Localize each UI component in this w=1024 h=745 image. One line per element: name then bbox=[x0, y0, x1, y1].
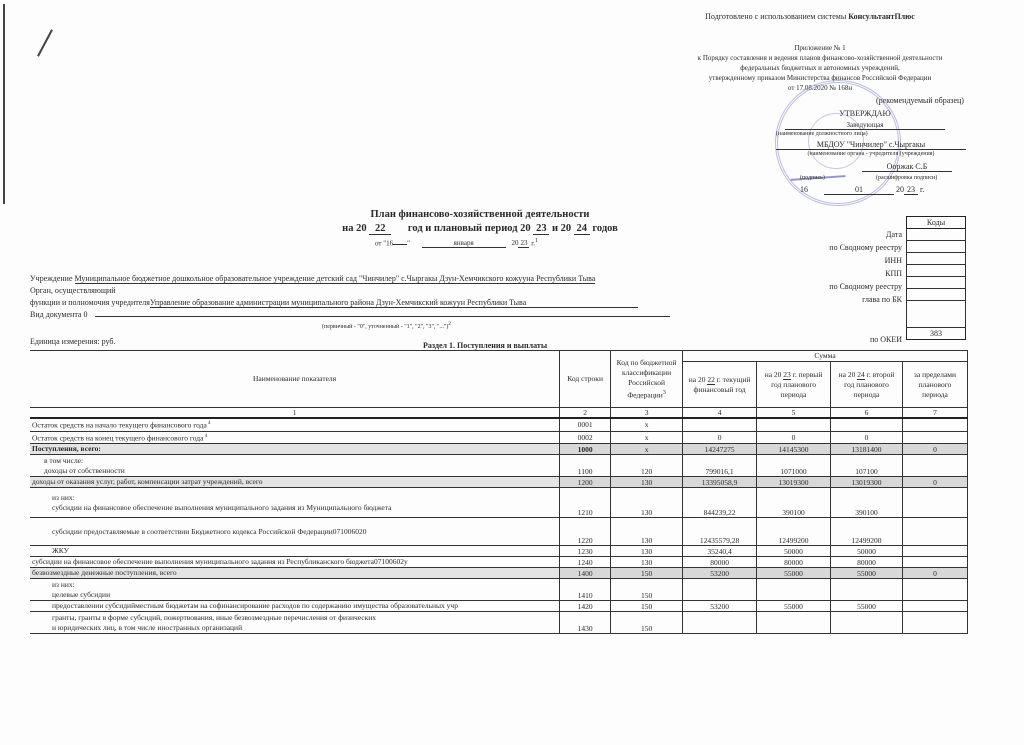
table-row: субсидии предоставляемые в соответствии … bbox=[30, 518, 968, 546]
table-row: из них:субсидии на финансовое обеспечени… bbox=[30, 488, 968, 518]
row-name: Поступления, всего: bbox=[30, 444, 560, 455]
table-row: Поступления, всего:1000x1424727514145300… bbox=[30, 444, 968, 455]
approval-org: МБДОУ "Чинчилер" с.Чыргакы bbox=[776, 140, 966, 150]
section-title: Раздел 1. Поступления и выплаты bbox=[423, 341, 547, 350]
code-chapter-bk bbox=[907, 289, 966, 301]
col-header-row-code: Код строки bbox=[560, 351, 611, 408]
signer-caption: (расшифровка подписи) bbox=[876, 175, 937, 181]
institution-value: Муниципальное бюджетное дошкольное образ… bbox=[75, 274, 596, 284]
budget-code: 120 bbox=[611, 455, 683, 477]
code-registry-2 bbox=[907, 277, 966, 289]
row-name: из них:целевые субсидии bbox=[30, 579, 560, 601]
budget-code: 130 bbox=[611, 488, 683, 518]
codes-labels: Дата по Сводному реестру ИНН КПП по Свод… bbox=[800, 228, 902, 346]
table-row: безвозмездные денежные поступления, всег… bbox=[30, 568, 968, 579]
value-current-year: 844239,22 bbox=[683, 488, 757, 518]
row-code: 1210 bbox=[560, 488, 611, 518]
value-current-year: 53200 bbox=[683, 601, 757, 612]
value-beyond: 0 bbox=[902, 568, 967, 579]
col-header-year1: на 20 22 г. текущий финансовый год bbox=[683, 362, 757, 408]
value-beyond bbox=[902, 431, 967, 444]
value-plan-year2: 13181400 bbox=[831, 444, 903, 455]
column-number: 5 bbox=[757, 408, 831, 419]
value-beyond: 0 bbox=[902, 444, 967, 455]
codes-table: Коды 383 bbox=[906, 216, 966, 340]
value-plan-year1 bbox=[757, 418, 831, 431]
approval-date-day: 16 bbox=[800, 185, 822, 194]
col-header-beyond: за пределами планового периода bbox=[902, 362, 967, 408]
budget-code: 150 bbox=[611, 601, 683, 612]
document-date: от "16" января 2023 г.1 bbox=[375, 238, 635, 248]
approval-date-month: 01 bbox=[824, 185, 894, 195]
row-code: 1410 bbox=[560, 579, 611, 601]
value-current-year bbox=[683, 612, 757, 634]
table-row: субсидии на финансовое обеспечение выпол… bbox=[30, 557, 968, 568]
row-name: из них:субсидии на финансовое обеспечени… bbox=[30, 488, 560, 518]
value-plan-year2: 107100 bbox=[831, 455, 903, 477]
value-beyond bbox=[902, 612, 967, 634]
value-plan-year1: 13019300 bbox=[757, 477, 831, 488]
doc-type-line: Вид документа 0 bbox=[30, 310, 680, 319]
value-plan-year1: 55000 bbox=[757, 568, 831, 579]
year-current: 22 bbox=[369, 223, 391, 235]
approval-date: 16 01 2023 г. bbox=[800, 185, 960, 195]
table-row: предоставлении субсидийместным бюджетам … bbox=[30, 601, 968, 612]
value-current-year: 53200 bbox=[683, 568, 757, 579]
value-beyond bbox=[902, 518, 967, 546]
founder-label-1: Орган, осуществляющий bbox=[30, 286, 116, 295]
budget-code: 130 bbox=[611, 557, 683, 568]
value-plan-year2: 55000 bbox=[831, 601, 903, 612]
value-plan-year2 bbox=[831, 612, 903, 634]
value-plan-year2: 80000 bbox=[831, 557, 903, 568]
row-name: ЖКУ bbox=[30, 546, 560, 557]
row-code: 1200 bbox=[560, 477, 611, 488]
value-plan-year1 bbox=[757, 612, 831, 634]
column-number: 1 bbox=[30, 408, 560, 419]
value-plan-year2: 0 bbox=[831, 431, 903, 444]
document-date-month: января bbox=[422, 239, 506, 248]
table-row: ЖКУ123013035240,45000050000 bbox=[30, 546, 968, 557]
approval-title: УТВЕРЖДАЮ bbox=[785, 109, 945, 118]
code-date bbox=[907, 229, 966, 241]
column-number: 2 bbox=[560, 408, 611, 419]
value-plan-year2: 55000 bbox=[831, 568, 903, 579]
table-row: Остаток средств на начало текущего финан… bbox=[30, 418, 968, 431]
institution-line: Учреждение Муниципальное бюджетное дошко… bbox=[30, 274, 670, 283]
budget-code: 130 bbox=[611, 546, 683, 557]
row-name: субсидии на финансовое обеспечение выпол… bbox=[30, 557, 560, 568]
value-plan-year2: 12499200 bbox=[831, 518, 903, 546]
table-row: гранты, гранты в форме субсидий, пожертв… bbox=[30, 612, 968, 634]
code-kpp bbox=[907, 265, 966, 277]
budget-code: 150 bbox=[611, 612, 683, 634]
value-plan-year2: 13019300 bbox=[831, 477, 903, 488]
row-code: 1240 bbox=[560, 557, 611, 568]
row-code: 1220 bbox=[560, 518, 611, 546]
value-beyond bbox=[902, 557, 967, 568]
value-plan-year2 bbox=[831, 418, 903, 431]
value-beyond bbox=[902, 601, 967, 612]
budget-code: 130 bbox=[611, 518, 683, 546]
pen-mark bbox=[37, 29, 53, 56]
row-name: предоставлении субсидийместным бюджетам … bbox=[30, 601, 560, 612]
value-plan-year2: 390100 bbox=[831, 488, 903, 518]
col-header-sum: Сумма bbox=[683, 351, 968, 362]
row-name: Остаток средств на конец текущего финанс… bbox=[30, 431, 560, 444]
approval-position-caption: (наименование должностного лица) bbox=[776, 131, 868, 137]
value-current-year: 80000 bbox=[683, 557, 757, 568]
value-plan-year1: 1071000 bbox=[757, 455, 831, 477]
value-current-year: 14247275 bbox=[683, 444, 757, 455]
col-header-year2: на 20 23 г. первый год планового периода bbox=[757, 362, 831, 408]
row-code: 0001 bbox=[560, 418, 611, 431]
signature-caption: (подпись) bbox=[800, 175, 825, 181]
value-plan-year2 bbox=[831, 579, 903, 601]
value-plan-year1: 0 bbox=[757, 431, 831, 444]
row-name: субсидии предоставляемые в соответствии … bbox=[30, 518, 560, 546]
row-name: безвозмездные денежные поступления, всег… bbox=[30, 568, 560, 579]
value-current-year bbox=[683, 579, 757, 601]
budget-code: 150 bbox=[611, 568, 683, 579]
value-plan-year1: 55000 bbox=[757, 601, 831, 612]
value-plan-year1: 12499200 bbox=[757, 518, 831, 546]
receipts-payments-table: Наименование показателя Код строки Код п… bbox=[30, 350, 968, 634]
recommended-sample: (рекомендуемый образец) bbox=[876, 96, 964, 105]
code-okei: 383 bbox=[907, 328, 966, 340]
founder-line: функции и полномочия учредителяУправлени… bbox=[30, 298, 690, 308]
value-beyond bbox=[902, 418, 967, 431]
prepared-with-note: Подготовлено с использованием системы Ко… bbox=[600, 12, 1020, 21]
value-current-year: 0 bbox=[683, 431, 757, 444]
value-current-year bbox=[683, 418, 757, 431]
value-current-year: 12435579,28 bbox=[683, 518, 757, 546]
doc-type-value: 0 bbox=[83, 310, 87, 319]
value-plan-year1: 390100 bbox=[757, 488, 831, 518]
column-number: 3 bbox=[611, 408, 683, 419]
column-number: 7 bbox=[902, 408, 967, 419]
budget-code: 150 bbox=[611, 579, 683, 601]
approval-position: Заведующая bbox=[785, 121, 945, 130]
value-plan-year1 bbox=[757, 579, 831, 601]
value-beyond bbox=[902, 455, 967, 477]
row-code: 1000 bbox=[560, 444, 611, 455]
value-plan-year1: 80000 bbox=[757, 557, 831, 568]
unit-label: Единица измерения: руб. bbox=[30, 337, 115, 346]
approval-org-caption: (наименование органа - учредителя (учреж… bbox=[776, 151, 966, 157]
document-title: План финансово-хозяйственной деятельност… bbox=[290, 209, 670, 220]
row-code: 0002 bbox=[560, 431, 611, 444]
approval-signer: Ооржак С.Б bbox=[862, 162, 952, 172]
col-header-year3: на 20 24 г. второй год планового периода bbox=[831, 362, 903, 408]
column-number: 4 bbox=[683, 408, 757, 419]
codes-header: Коды bbox=[907, 217, 966, 229]
budget-code: x bbox=[611, 444, 683, 455]
row-code: 1230 bbox=[560, 546, 611, 557]
row-code: 1400 bbox=[560, 568, 611, 579]
row-code: 1420 bbox=[560, 601, 611, 612]
col-header-name: Наименование показателя bbox=[30, 351, 560, 408]
code-inn bbox=[907, 253, 966, 265]
row-name: доходы от оказания услуг, работ, компенс… bbox=[30, 477, 560, 488]
table-row: из них:целевые субсидии1410150 bbox=[30, 579, 968, 601]
value-beyond bbox=[902, 488, 967, 518]
row-name: в том числе:доходы от собственности bbox=[30, 455, 560, 477]
value-plan-year1: 14145300 bbox=[757, 444, 831, 455]
row-code: 1430 bbox=[560, 612, 611, 634]
row-code: 1100 bbox=[560, 455, 611, 477]
year-next1: 23 bbox=[533, 223, 549, 235]
value-current-year: 13395058,9 bbox=[683, 477, 757, 488]
table-row: в том числе:доходы от собственности11001… bbox=[30, 455, 968, 477]
table-row: доходы от оказания услуг, работ, компенс… bbox=[30, 477, 968, 488]
value-plan-year1: 50000 bbox=[757, 546, 831, 557]
value-current-year: 799016,1 bbox=[683, 455, 757, 477]
budget-code: 130 bbox=[611, 477, 683, 488]
year-next2: 24 bbox=[574, 223, 590, 235]
scan-margin-line bbox=[3, 4, 5, 204]
row-name: Остаток средств на начало текущего финан… bbox=[30, 418, 560, 431]
column-number: 6 bbox=[831, 408, 903, 419]
value-current-year: 35240,4 bbox=[683, 546, 757, 557]
document-period: на 20 22 год и плановый период 20 23 и 2… bbox=[290, 223, 670, 235]
founder-value: Управление образование администрации мун… bbox=[150, 298, 638, 308]
budget-code: x bbox=[611, 418, 683, 431]
value-beyond bbox=[902, 579, 967, 601]
value-plan-year2: 50000 bbox=[831, 546, 903, 557]
value-beyond bbox=[902, 546, 967, 557]
table-row: Остаток средств на конец текущего финанс… bbox=[30, 431, 968, 444]
budget-code: x bbox=[611, 431, 683, 444]
code-registry bbox=[907, 241, 966, 253]
value-beyond: 0 bbox=[902, 477, 967, 488]
consultant-brand: КонсультантПлюс bbox=[848, 12, 915, 21]
row-name: гранты, гранты в форме субсидий, пожертв… bbox=[30, 612, 560, 634]
doc-type-caption: (первичный - "0", уточненный - "1", "2",… bbox=[322, 322, 451, 330]
col-header-budget-code: Код по бюджетной классификации Российско… bbox=[611, 351, 683, 408]
code-blank bbox=[907, 301, 966, 328]
